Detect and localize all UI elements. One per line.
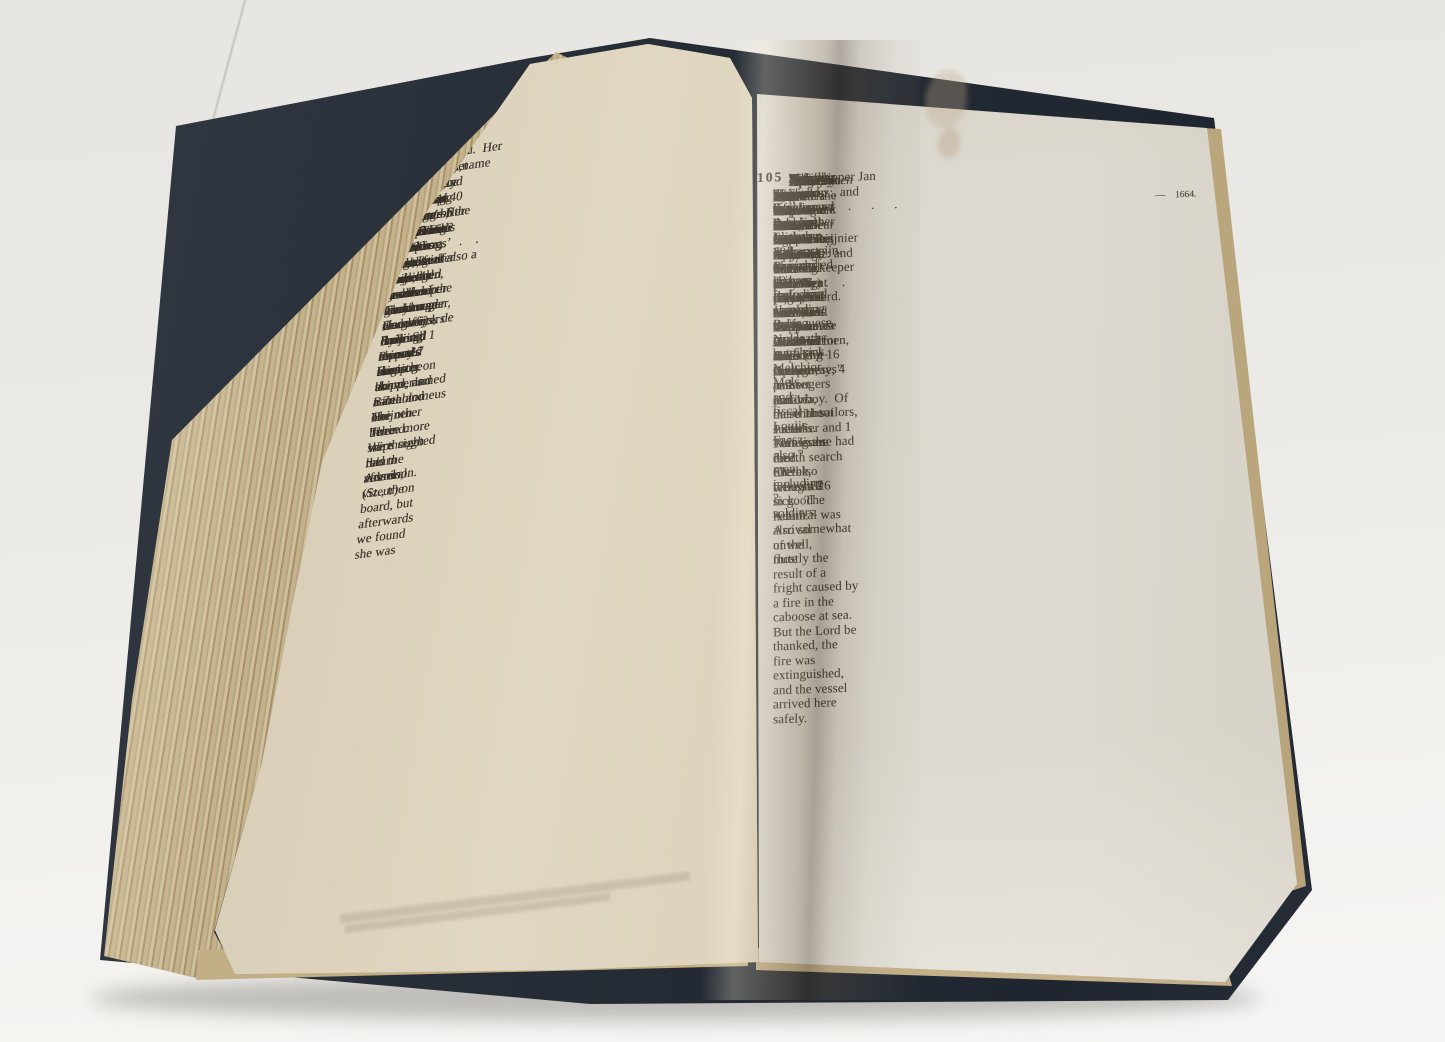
- right-page-paragraphs: The second was the Rystant with skipper …: [757, 154, 1204, 170]
- right-page-text-block: 105 1664. — The second was the Rystant w…: [757, 154, 1204, 170]
- right-margin-year: 1664. —: [1155, 191, 1195, 192]
- right-margin-year-value: 1664.: [1175, 191, 1196, 201]
- show-through-smudge: [340, 872, 690, 924]
- text-segment: . Had left Patria the 8th Dec., with 287…: [773, 174, 825, 567]
- ship-name: Loosduynen: [773, 173, 853, 190]
- right-margin-year-dash: —: [1155, 192, 1165, 199]
- photo-open-book: 104 1664 — March 20th.—Both vessels leav…: [0, 0, 1445, 1042]
